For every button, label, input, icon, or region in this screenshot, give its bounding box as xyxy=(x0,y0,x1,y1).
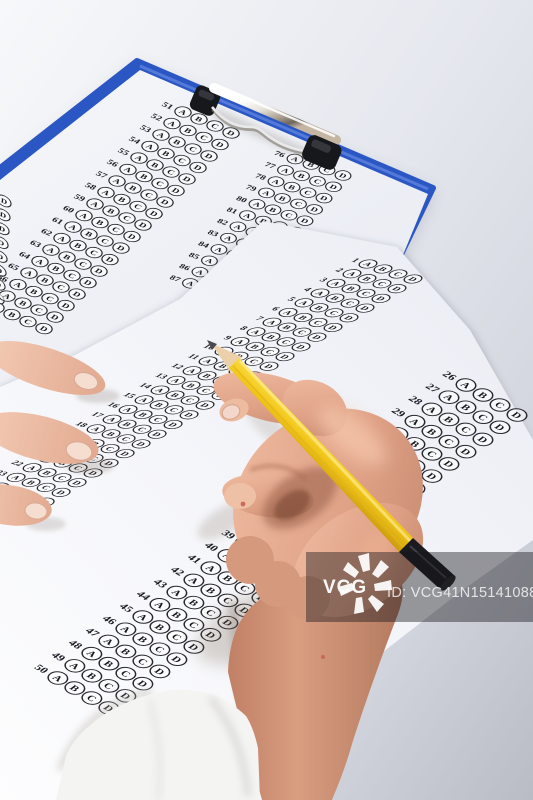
stock-photo-answer-sheet: 31ABCD32ABCD33ABCD34ABCD35ABCD36ABCD37AB… xyxy=(0,0,533,800)
photo-canvas: 31ABCD32ABCD33ABCD34ABCD35ABCD36ABCD37AB… xyxy=(0,0,533,800)
skin-mole xyxy=(321,655,325,659)
thumb-tip xyxy=(224,483,256,509)
skin-mole xyxy=(241,502,246,507)
watermark: VCG ID: VCG41N1514108821 xyxy=(306,552,533,622)
watermark-id: ID: VCG41N1514108821 xyxy=(387,585,533,601)
